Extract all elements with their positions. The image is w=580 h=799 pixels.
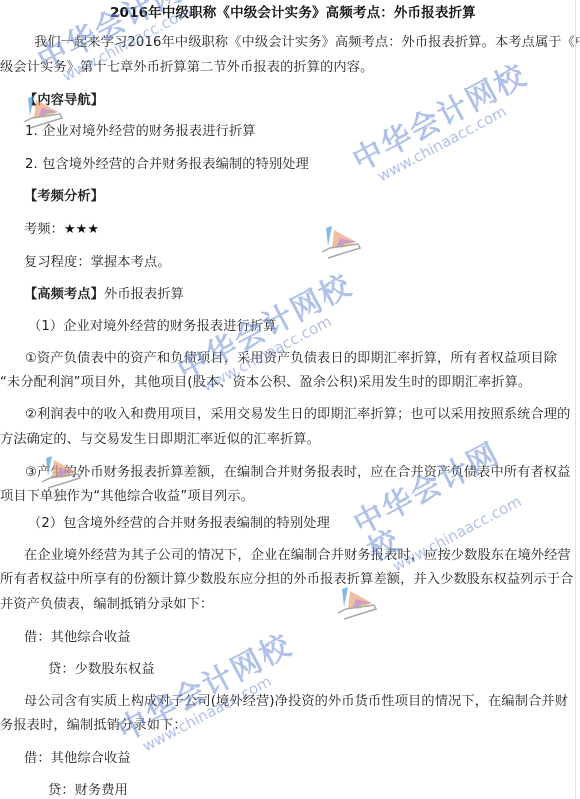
paragraph-2-line-2: 务报表时，编制抵销分录如下： xyxy=(0,718,187,734)
article-page: 2016年中级职称《中级会计实务》高频考点：外币报表折算 我们一起来学习2016… xyxy=(0,0,575,799)
paragraph-2-line-1: 母公司含有实质上构成对子公司(境外经营)净投资的外币货币性项目的情况下，在编制合… xyxy=(24,694,568,710)
intro-paragraph-line-2: 级会计实务》第十七章外币折算第二节外币报表的折算的内容。 xyxy=(0,60,373,76)
watermark-logo-icon xyxy=(334,583,380,623)
nav-item-1: 1. 企业对境外经营的财务报表进行折算 xyxy=(25,124,256,140)
point-1-line-2: “未分配利润”项目外，其他项目(股本、资本公积、盈余公积)采用发生时的即期汇率折… xyxy=(0,375,531,391)
point-3-line-1: ③产生的外币财务报表折算差额，在编制合并财务报表时，应在合并资产负债表中所有者权… xyxy=(25,465,570,481)
point-3-line-2: 项目下单独作为“其他综合收益”项目列示。 xyxy=(0,489,254,505)
section-2-heading: （2）包含境外经营的合并财务报表编制的特别处理 xyxy=(28,516,330,532)
frequency-label: 考频： xyxy=(24,222,64,237)
point-2-line-2: 方法确定的、与交易发生日即期汇率近似的汇率折算。 xyxy=(0,432,320,448)
paragraph-1-line-1: 在企业境外经营为其子公司的情况下，企业在编制合并财务报表时，应按少数股东在境外经… xyxy=(24,548,571,564)
review-level: 复习程度：掌握本考点。 xyxy=(24,255,171,271)
article-title: 2016年中级职称《中级会计实务》高频考点：外币报表折算 xyxy=(110,5,476,21)
paragraph-1-line-3: 并资产负债表，编制抵销分录如下： xyxy=(0,597,213,613)
page-edge-divider xyxy=(575,0,576,799)
topic-heading: 【高频考点】外币报表折算 xyxy=(24,287,184,303)
intro-paragraph-line-1: 我们一起来学习2016年中级职称《中级会计实务》高频考点：外币报表折算。本考点属… xyxy=(34,35,580,51)
point-2-line-1: ②利润表中的收入和费用项目，采用交易发生日的即期汇率折算；也可以采用按照系统合理… xyxy=(25,407,570,423)
topic-heading-text: 外币报表折算 xyxy=(104,287,184,302)
watermark-logo-icon xyxy=(318,222,364,262)
frequency-stars: ★★★ xyxy=(64,222,99,237)
watermark-brand: 中华会计网校 www.chinaacc.com xyxy=(348,60,539,191)
point-1-line-1: ①资产负债表中的资产和负债项目，采用资产负债表日的即期汇率折算，所有者权益项目除 xyxy=(25,351,557,367)
entry-1-credit: 贷：少数股东权益 xyxy=(48,662,155,678)
nav-item-2: 2. 包含境外经营的合并财务报表编制的特别处理 xyxy=(25,157,309,173)
frequency-row: 考频：★★★ xyxy=(24,222,99,238)
entry-2-debit: 借：其他综合收益 xyxy=(24,751,131,767)
entry-2-credit: 贷：财务费用 xyxy=(48,783,128,799)
nav-heading: 【内容导航】 xyxy=(24,93,104,109)
entry-1-debit: 借：其他综合收益 xyxy=(24,630,131,646)
analysis-heading: 【考频分析】 xyxy=(24,189,104,205)
topic-heading-bracket: 【高频考点】 xyxy=(24,287,104,302)
section-1-heading: （1）企业对境外经营的财务报表进行折算 xyxy=(28,319,277,335)
paragraph-1-line-2: 所有者权益中所享有的份额计算少数股东应分担的外币报表折算差额，并入少数股东权益列… xyxy=(0,572,574,588)
